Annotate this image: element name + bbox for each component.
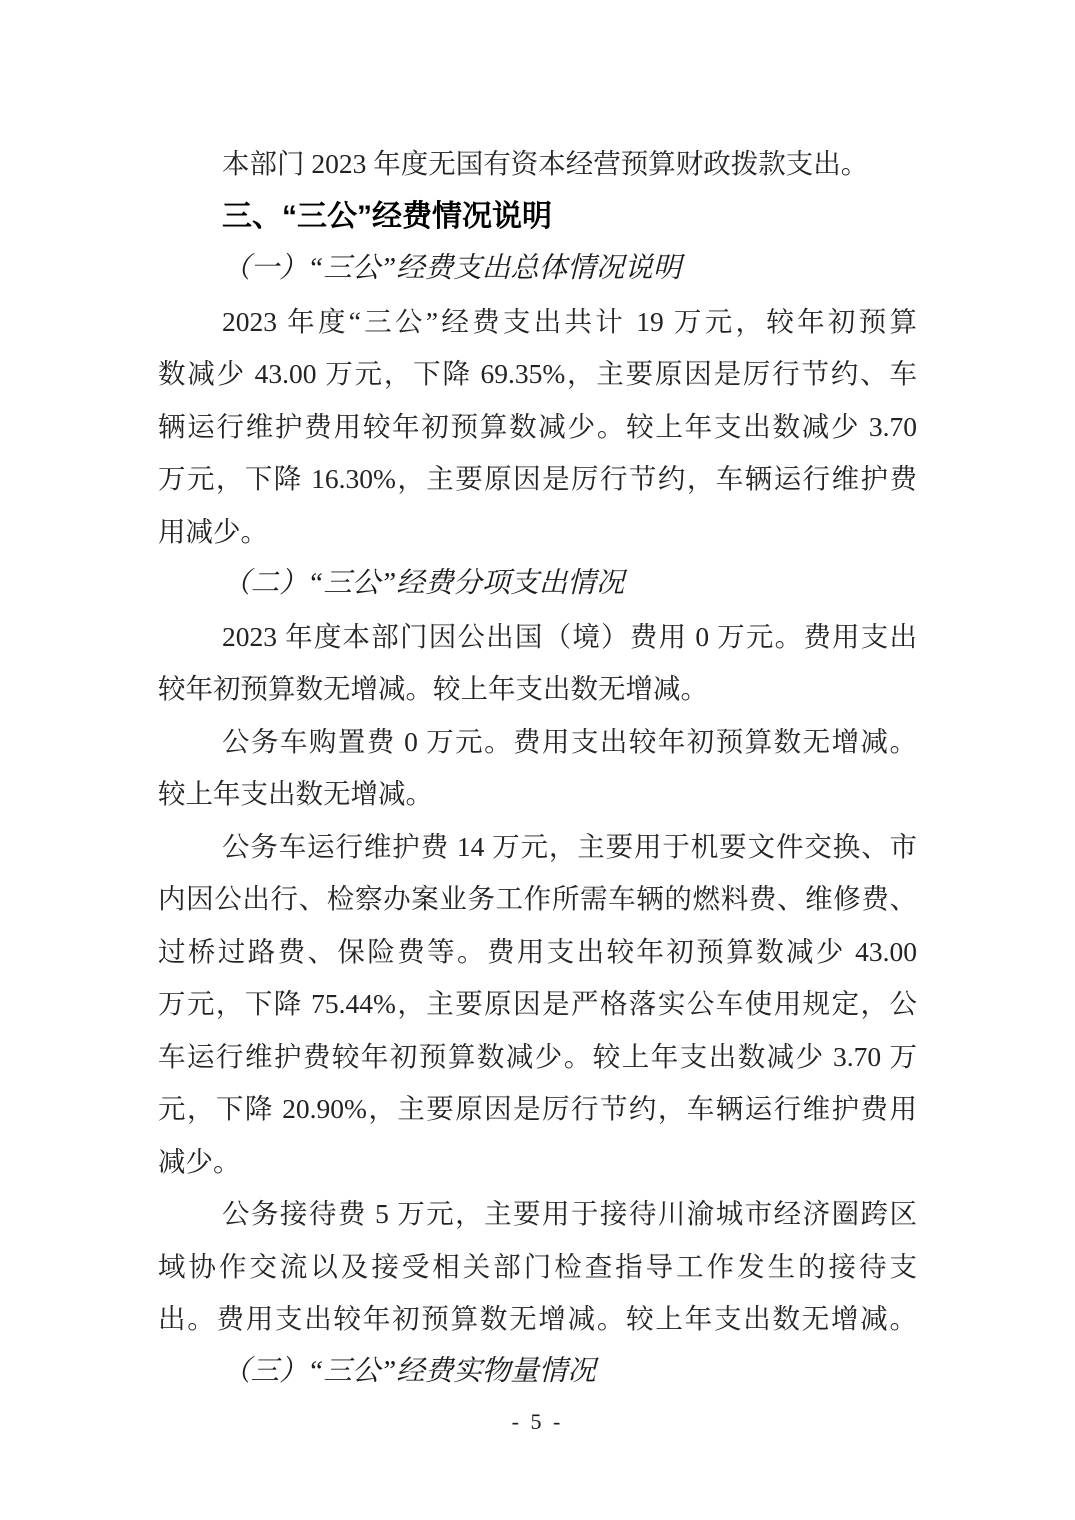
body-text-line: 公务接待费 5 万元，主要用于接待川渝城市经济圈跨区	[158, 1188, 917, 1241]
heading1-line: 三、“三公”经费情况说明	[158, 191, 917, 244]
body-text-line: 域协作交流以及接受相关部门检查指导工作发生的接待支	[158, 1241, 917, 1294]
body-text-line: 较年初预算数无增减。较上年支出数无增减。	[158, 663, 917, 716]
body-text-line: 车运行维护费较年初预算数减少。较上年支出数减少 3.70 万	[158, 1031, 917, 1084]
body-text-line: 万元，下降 16.30%，主要原因是厉行节约，车辆运行维护费	[158, 453, 917, 506]
body-text-line: 2023 年度“三公”经费支出共计 19 万元，较年初预算	[158, 296, 917, 349]
document-page: 本部门 2023 年度无国有资本经营预算财政拨款支出。三、“三公”经费情况说明（…	[0, 0, 1075, 1520]
body-text-line: 万元，下降 75.44%，主要原因是严格落实公车使用规定，公	[158, 978, 917, 1031]
body-text-line: 较上年支出数无增减。	[158, 768, 917, 821]
heading2-line: （二）“三公”经费分项支出情况	[158, 558, 917, 611]
body-text-line: 元，下降 20.90%，主要原因是厉行节约，车辆运行维护费用	[158, 1083, 917, 1136]
body-text-line: 辆运行维护费用较年初预算数减少。较上年支出数减少 3.70	[158, 401, 917, 454]
body-text-line: 内因公出行、检察办案业务工作所需车辆的燃料费、维修费、	[158, 873, 917, 926]
body-text-line: 出。费用支出较年初预算数无增减。较上年支出数无增减。	[158, 1293, 917, 1346]
body-text-line: 减少。	[158, 1136, 917, 1189]
body-text-line: 用减少。	[158, 506, 917, 559]
body-text-line: 2023 年度本部门因公出国（境）费用 0 万元。费用支出	[158, 611, 917, 664]
body-text-line: 公务车购置费 0 万元。费用支出较年初预算数无增减。	[158, 716, 917, 769]
page-footer: - 5 -	[0, 1402, 1075, 1442]
body-text-line: 数减少 43.00 万元，下降 69.35%，主要原因是厉行节约、车	[158, 348, 917, 401]
heading2-line: （一）“三公”经费支出总体情况说明	[158, 243, 917, 296]
page-number: - 5 -	[512, 1409, 564, 1434]
body-text-line: 公务车运行维护费 14 万元，主要用于机要文件交换、市	[158, 821, 917, 874]
document-body: 本部门 2023 年度无国有资本经营预算财政拨款支出。三、“三公”经费情况说明（…	[158, 138, 917, 1398]
heading2-line: （三）“三公”经费实物量情况	[158, 1346, 917, 1399]
body-text-line: 本部门 2023 年度无国有资本经营预算财政拨款支出。	[158, 138, 917, 191]
body-text-line: 过桥过路费、保险费等。费用支出较年初预算数减少 43.00	[158, 926, 917, 979]
